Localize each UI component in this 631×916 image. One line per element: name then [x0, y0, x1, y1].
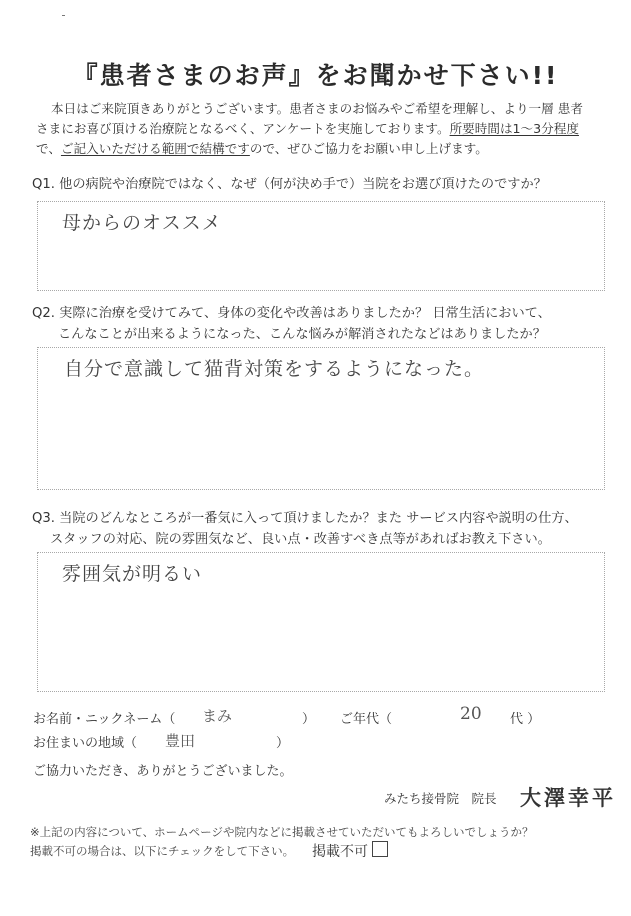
- question-3-text-line-2: スタッフの対応、院の雰囲気など、良い点・改善すべき点等があればお教え下さい。: [32, 529, 578, 550]
- director-signature: 大澤幸平: [520, 782, 616, 812]
- question-1-text: 他の病院や治療院ではなく、なぜ（何が決め手で）当院をお選び頂けたのですか？: [59, 177, 547, 192]
- scan-speck: [62, 15, 65, 16]
- answer-box-3[interactable]: 雰囲気が明るい: [37, 552, 605, 692]
- question-3: Q3. 当院のどんなところが一番気に入って頂けましたか？また サービス内容や説明…: [32, 508, 578, 550]
- area-field-value[interactable]: 豊田: [165, 730, 195, 751]
- answer-3-handwriting: 雰囲気が明るい: [62, 559, 202, 586]
- question-3-text-line-1: 当院のどんなところが一番気に入って頂けましたか？また サービス内容や説明の仕方、: [59, 511, 578, 526]
- name-field-value[interactable]: まみ: [202, 705, 232, 726]
- intro-line-2: さまにお喜び頂ける治療院となるべく、アンケートを実施しております。所要時間は1〜…: [36, 119, 583, 139]
- no-publish-checkbox[interactable]: [372, 841, 388, 857]
- answer-box-2[interactable]: 自分で意識して猫背対策をするようになった。: [37, 347, 605, 490]
- age-field-label: ご年代（: [340, 708, 392, 727]
- question-3-label: Q3.: [32, 511, 55, 526]
- partial-ok-note: ご記入いただける範囲で結構です: [61, 141, 250, 156]
- name-field-close: ）: [302, 708, 315, 727]
- area-field-close: ）: [276, 732, 289, 751]
- question-1-label: Q1.: [32, 177, 55, 192]
- intro-line-3-suffix: ので、ぜひご協力をお願い申し上げます。: [250, 141, 488, 156]
- clinic-name: みたち接骨院 院長: [384, 789, 497, 807]
- name-field-label: お名前・ニックネーム（: [33, 708, 175, 727]
- intro-line-2-text: さまにお喜び頂ける治療院となるべく、アンケートを実施しております。: [36, 121, 450, 136]
- intro-line-3: で、ご記入いただける範囲で結構ですので、ぜひご協力をお願い申し上げます。: [36, 139, 583, 159]
- area-field-label: お住まいの地域（: [33, 732, 137, 751]
- answer-2-handwriting: 自分で意識して猫背対策をするようになった。: [64, 354, 484, 381]
- question-2-label: Q2.: [32, 306, 55, 321]
- no-publish-label: 掲載不可: [312, 841, 368, 861]
- consent-instruction: 掲載不可の場合は、以下にチェックをして下さい。: [30, 843, 294, 859]
- question-2: Q2. 実際に治療を受けてみて、身体の変化や改善はありましたか？ 日常生活におい…: [32, 303, 551, 345]
- age-field-value[interactable]: 20: [460, 704, 482, 724]
- intro-line-1: 本日はご来院頂きありがとうございます。患者さまのお悩みやご希望を理解し、より一層…: [36, 99, 583, 119]
- thanks-message: ご協力いただき、ありがとうございました。: [33, 760, 292, 779]
- consent-question: ※上記の内容について、ホームページや院内などに掲載させていただいてもよろしいでし…: [30, 824, 533, 840]
- page-title: 『患者さまのお声』をお聞かせ下さい!!: [0, 56, 631, 92]
- age-field-suffix: 代 ）: [510, 708, 540, 727]
- duration-note: 所要時間は1〜3分程度: [450, 121, 579, 136]
- question-2-text-line-1: 実際に治療を受けてみて、身体の変化や改善はありましたか？ 日常生活において、: [59, 306, 551, 321]
- answer-1-handwriting: 母からのオススメ: [62, 208, 222, 235]
- intro-paragraph: 本日はご来院頂きありがとうございます。患者さまのお悩みやご希望を理解し、より一層…: [36, 99, 583, 159]
- question-2-text-line-2: こんなことが出来るようになった、こんな悩みが解消されたなどはありましたか？: [32, 324, 551, 345]
- intro-line-3-prefix: で、: [36, 141, 61, 156]
- answer-box-1[interactable]: 母からのオススメ: [37, 201, 605, 291]
- question-1: Q1. 他の病院や治療院ではなく、なぜ（何が決め手で）当院をお選び頂けたのですか…: [32, 174, 547, 195]
